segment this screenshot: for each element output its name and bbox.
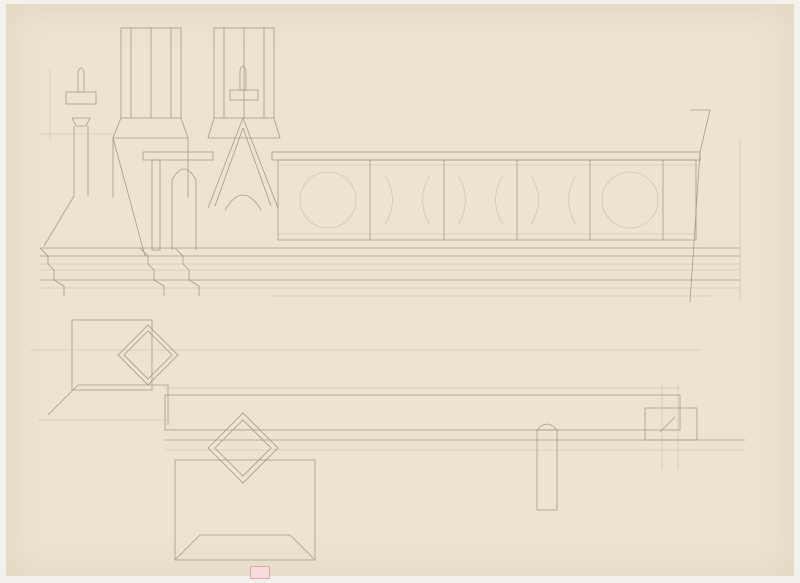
left-pinnacle [40,68,115,246]
buttress-right [208,28,280,208]
plan-view [30,320,745,560]
buttress-left [113,28,188,256]
architectural-drawing [0,0,800,583]
balustrade [272,110,710,302]
base-moldings [40,140,740,300]
arched-panels [143,152,261,250]
